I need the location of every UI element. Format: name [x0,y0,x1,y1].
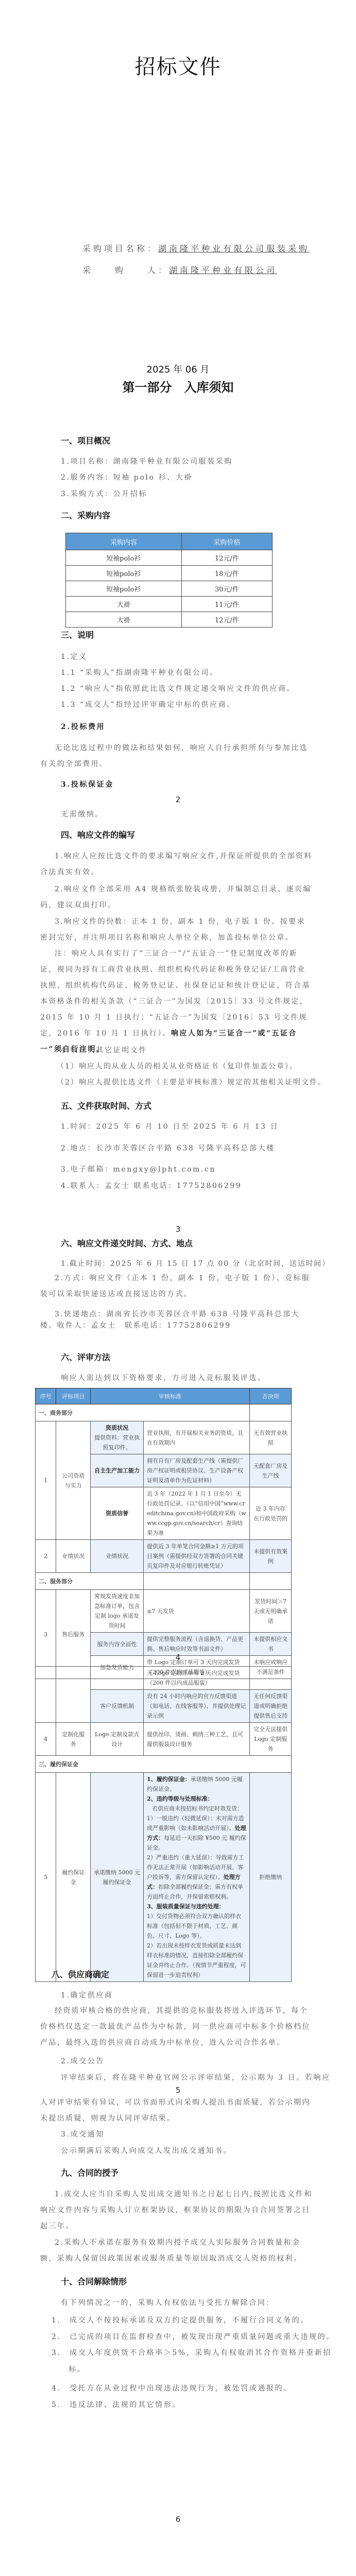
price-cell: 18元/件 [181,566,272,581]
cover-title: 招标文件 [0,50,356,80]
paragraph: 2.响应文件全部采用 A4 规格纸张胶装成册，并编制总目录、逐页编码，建议双面打… [40,882,313,913]
veto: 拒绝缴纳 [250,1773,292,1982]
paragraph: 无论比选过程中的做法和结果如何，响应人自行承担所有与参加比选有关的全部费用。 [40,740,313,772]
criterion: 客户反馈机制 [91,1690,144,1723]
definition: 1.1 “采购人”指湖南隆平种业有限公司。 [61,667,218,677]
subheading: 3.成交通知 [61,2129,105,2139]
row-number: 1 [36,1421,56,1540]
table-row: 大褂12元/件 [66,612,273,628]
table-row: 无 Logo 定制订单可 2 天内完成发货（200 件以内成品服装） [36,1667,292,1690]
standard: 近 3 年（2022 年 1 月 1 日至今）无行政处罚记录。（以“信用中国”w… [144,1487,250,1540]
paragraph: 1.响应人应按比选文件的要求编写响应文件,并保证所提供的全部资料合法真实有效。 [40,849,313,880]
price-cell: 30元/件 [181,581,272,597]
table-row: 5 履约保证金 承诺缴纳 5000 元履约保证金 1、履约保证金：承诺缴纳 50… [36,1773,292,1982]
section-heading: 五、文件获取时间、方式 [61,1099,151,1111]
page-number: 6 [0,2515,356,2524]
subheading: 4.响应人其它证明文件 [61,1045,147,1055]
note-paragraph: 注：响应人具有实行了“三证合一”/“五证合一”登记制度改革的新证，视同为持有工商… [40,946,313,1058]
standard: 设有 24 小时内响应的官方反馈渠道（如电话、在线客服等），并提供处理记录示例 [144,1690,250,1723]
price-table: 采购内容 采购价格 短袖polo衫12元/件 短袖polo衫18元/件 短袖po… [65,533,273,628]
price-cell: 11元/件 [181,597,272,612]
table-row: 短袖polo衫30元/件 [66,581,273,597]
section-row: 二、服务部分 [36,1573,292,1590]
info-item: 1.时间：2025 年 6 月 10 日至 2025 年 6 月 13 日 [61,1121,279,1131]
standard: 营业执照，有开展相关业务的资质，且在有效期内 [144,1421,250,1454]
paragraph: 1.成交人应当自采购人发出成交通知书之日起七日内,按照比选文件和响应文件内容与采… [40,2187,313,2234]
list-item: 4. 受托方在从业过程中出现违法违规行为，被处罚或通报的。 [52,2383,292,2393]
section-row: 一、商务部分 [36,1404,292,1421]
overview-item: 3.采购方式：公开招标 [61,488,147,499]
paragraph: 无需缴纳。 [61,809,104,819]
list-item: （1）响应人的从业人员的相关从业资格证书（复印件加盖公章）。 [57,1061,298,1071]
row-number: 3 [36,1590,56,1679]
criterion: 服务内容全面性 [91,1633,144,1656]
list-item: 3. 成交人年度供货不合格率＞5%，采购人有权取消其合作资格并重新招 [52,2347,332,2358]
page-number: 2 [0,795,356,804]
subheading: 1.确定供应商 [61,1990,113,2000]
paragraph: 2.采购人不承诺在服务有效期内授予成交人实际服务合同数量和金额，采购人保留因政策… [40,2235,313,2267]
eval-item: 业绩状况 [56,1540,91,1573]
column-header: 采购价格 [181,533,272,550]
paragraph: 评审结束后，将在隆平种业官网公示评审结果，公示期为 3 日。若响应 [61,2072,331,2082]
project-name-value: 湖南隆平种业有限公司服装采购 [158,244,310,253]
veto: 无任何反馈渠道或明确拒绝提供售后支持 [250,1690,292,1723]
definition: 1.3 “成交人”指经过评审确定中标的供应商。 [61,699,235,709]
column-header: 采购内容 [66,533,182,550]
list-item: （2）响应人提供比选文件（主要是审核标准）规定的其他相关证明文件。 [57,1077,326,1087]
standard: 提供丝印、烫画、刺绣三种工艺，且可提供服装设计服务 [144,1723,250,1756]
section-heading: 三、说明 [61,629,94,640]
table-row: 3 售后服务 常规发货速度非加急标准订单，包含定制 logo 承诺发货时间 ≤7… [36,1590,292,1633]
paragraph: 3.响应文件的份数：正本 1 份，副本 1 份，电子版 1 份。按要求密封完好，… [40,914,313,946]
criterion: 常规发货速度非加急标准订单，包含定制 logo 承诺发货时间 [91,1590,144,1633]
page-number: 4 [0,1653,356,1662]
standard: 提供完整服务流程（含退换货、产品更换、售后响应时效等书面文件） [144,1633,250,1656]
table-row: 大褂11元/件 [66,597,273,612]
page-number: 3 [0,1225,356,1234]
item-cell: 大褂 [66,597,182,612]
criterion: Logo 定制及款式设计 [91,1723,144,1756]
eval-item: 公司资质与实力 [56,1421,91,1540]
list-item: 标。 [52,2364,86,2374]
column-header: 审核标准 [91,1388,250,1404]
paragraph: 响应人需达到以下资格要求，方可进入竞标服装评选。 [61,1372,266,1383]
column-header: 评标项目 [56,1388,91,1404]
row-number: 5 [36,1773,56,1982]
section-heading: 一、项目概况 [61,434,110,446]
section-label: 三、履约保证金 [36,1756,292,1773]
subheading: 2.投标费用 [61,721,105,732]
section-label: 二、服务部分 [36,1573,144,1590]
criterion: 资质状况提供资料：营业执照复印件。 [91,1421,144,1454]
page-number: 5 [0,2086,356,2095]
section-heading: 八、供应商确定 [52,1968,109,1980]
veto: 未提供相应文书 [250,1633,292,1656]
buyer-label: 采 购 人： [82,265,169,275]
row-number: 2 [36,1540,56,1573]
section-label: 一、商务部分 [36,1404,250,1421]
table-row: 短袖polo衫12元/件 [66,550,273,566]
note-text: 注：响应人具有实行了“三证合一”/“五证合一”登记制度改革的新证，视同为持有工商… [40,950,311,1038]
paragraph: 公示期满后采购人向成交人发出成交通知书。 [61,2145,232,2156]
paragraph: 有下列情况之一的，采购人有权依法与受托方解除合同： [61,2297,275,2308]
table-row: 1 公司资质与实力 资质状况提供资料：营业执照复印件。 营业执照，有开展相关业务… [36,1421,292,1454]
standard: 拥有自有厂房及配套生产线（需提供厂房产权证明或租赁协议、生产设备产权证明及清单作… [144,1454,250,1487]
row-number: 4 [36,1723,56,1756]
overview-item: 2.服务内容：短袖 polo 衫、大褂 [61,472,193,482]
item-cell: 短袖polo衫 [66,550,182,566]
standard: 1、履约保证金：承诺缴纳 5000 元履约保证金。 2、违约等级与处理标准： 若… [144,1773,250,1982]
criterion: 业绩状况 [91,1540,144,1573]
column-header: 序号 [36,1388,56,1404]
eval-item: 定制化服务 [56,1723,91,1756]
subheading: 1.定义 [61,651,88,662]
buyer-line: 采 购 人：湖南隆平种业有限公司 [82,264,277,276]
criterion: 资质信誉 [91,1487,144,1540]
table-row: 短袖polo衫18元/件 [66,566,273,581]
item-cell: 大褂 [66,612,182,628]
section-heading: 九、合同的授予 [61,2166,118,2178]
veto: 完全无法提供 Logo 定制服务 [250,1723,292,1756]
buyer-value: 湖南隆平种业有限公司 [169,265,277,275]
definition: 1.2 “响应人”指依照此比选文件规定递交响应文件的供应商。 [61,683,295,693]
section-heading: 六、评审方法 [61,1351,110,1363]
paragraph: 经资质审核合格的供应商，其提供的竞标服装将进入评选环节，每个价格档仅选定一款最优… [40,2003,313,2051]
list-item: 1. 成交人不按投标承诺及双方约定提供服务，不履行合同义务的。 [52,2315,309,2325]
document-date: 2025 年 06 月 [0,362,356,376]
table-row: 2 业绩状况 业绩状况 提供近 3 年单笔合同金额≥1 万元的项目案例（需提供经… [36,1540,292,1573]
criterion: 自主生产加工能力 [91,1454,144,1487]
price-cell: 12元/件 [181,612,272,628]
eval-item: 履约保证金 [56,1773,91,1982]
project-name-label: 采购项目名称： [82,244,158,253]
item-cell: 短袖polo衫 [66,566,182,581]
overview-item: 1.项目名称：湖南隆平种业有限公司服装采购 [61,456,233,466]
section-heading: 六、响应文件递交时间、方式、地点 [61,1237,193,1249]
section-row: 三、履约保证金 [36,1756,292,1773]
criterion: 承诺缴纳 5000 元履约保证金 [91,1773,144,1982]
part-title: 第一部分 入库须知 [0,377,356,395]
section-heading: 十、合同解除情形 [61,2275,127,2287]
delivery-address: 3.快递地点：湖南省长沙市芙蓉区合平路 638 号隆平高科总部大楼。收件人：孟女… [40,1309,313,1331]
subheading: 3.投标保证金 [61,779,114,789]
price-cell: 12元/件 [181,550,272,566]
standard: 无 Logo 定制订单可 2 天内完成发货（200 件以内成品服装） [144,1667,250,1690]
project-name-line: 采购项目名称：湖南隆平种业有限公司服装采购 [82,242,310,254]
email-item: 3.电子邮箱：mengxy@lpht.com.cn [61,1164,216,1174]
paragraph: 人对评审结果有异议，可以书面形式向采购人提出书面质疑，若公示期内未提出质疑，则视… [40,2095,313,2127]
deadline: 1.截止时间：2025 年 6 月 15 日 17 点 00 分（北京时间，送达… [61,1258,330,1268]
paragraph: 2.方式：响应文件（正本 1 份，副本 1 份，电子版 1 份）、竞标服装可以采… [40,1270,313,1302]
evaluation-table: 序号 评标项目 审核标准 否决项 一、商务部分 1 公司资质与实力 资质状况提供… [35,1388,292,1679]
table-row: 4 定制化服务 Logo 定制及款式设计 提供丝印、烫画、刺绣三种工艺，且可提供… [36,1723,292,1756]
column-header: 否决项 [250,1388,292,1404]
veto: 无有效营业执照 [250,1421,292,1454]
veto: 发货时间＞7 天或无明确承诺 [250,1590,292,1633]
section-heading: 四、响应文件的编写 [61,828,135,840]
item-cell: 短袖polo衫 [66,581,182,597]
veto: 近 3 年内存在行政处罚的 [250,1487,292,1540]
veto: 无配套厂房及生产线 [250,1454,292,1487]
veto: 未提供有效案例 [250,1540,292,1573]
contact-item: 4.联系人：孟女士 联系电话：17752806299 [61,1180,242,1191]
evaluation-table-continued: 无 Logo 定制订单可 2 天内完成发货（200 件以内成品服装） 客户反馈机… [35,1666,292,1982]
standard: ≤7 天发货 [144,1590,250,1633]
standard: 提供近 3 年单笔合同金额≥1 万元的项目案例（需提供经双方签署的合同关键页复印… [144,1540,250,1573]
info-item: 2.地点：长沙市芙蓉区合平路 638 号隆平高科总部大楼 [61,1143,275,1153]
list-item: 5. 违反法律、法规的其它情形。 [52,2399,181,2410]
eval-item: 售后服务 [56,1590,91,1679]
list-item: 2. 已完成的项目在监督检查中，被发现出现严重质量问题或重大违规的。 [52,2331,335,2342]
subheading: 2.成交公告 [61,2056,105,2066]
section-heading: 二、采购内容 [61,509,110,521]
